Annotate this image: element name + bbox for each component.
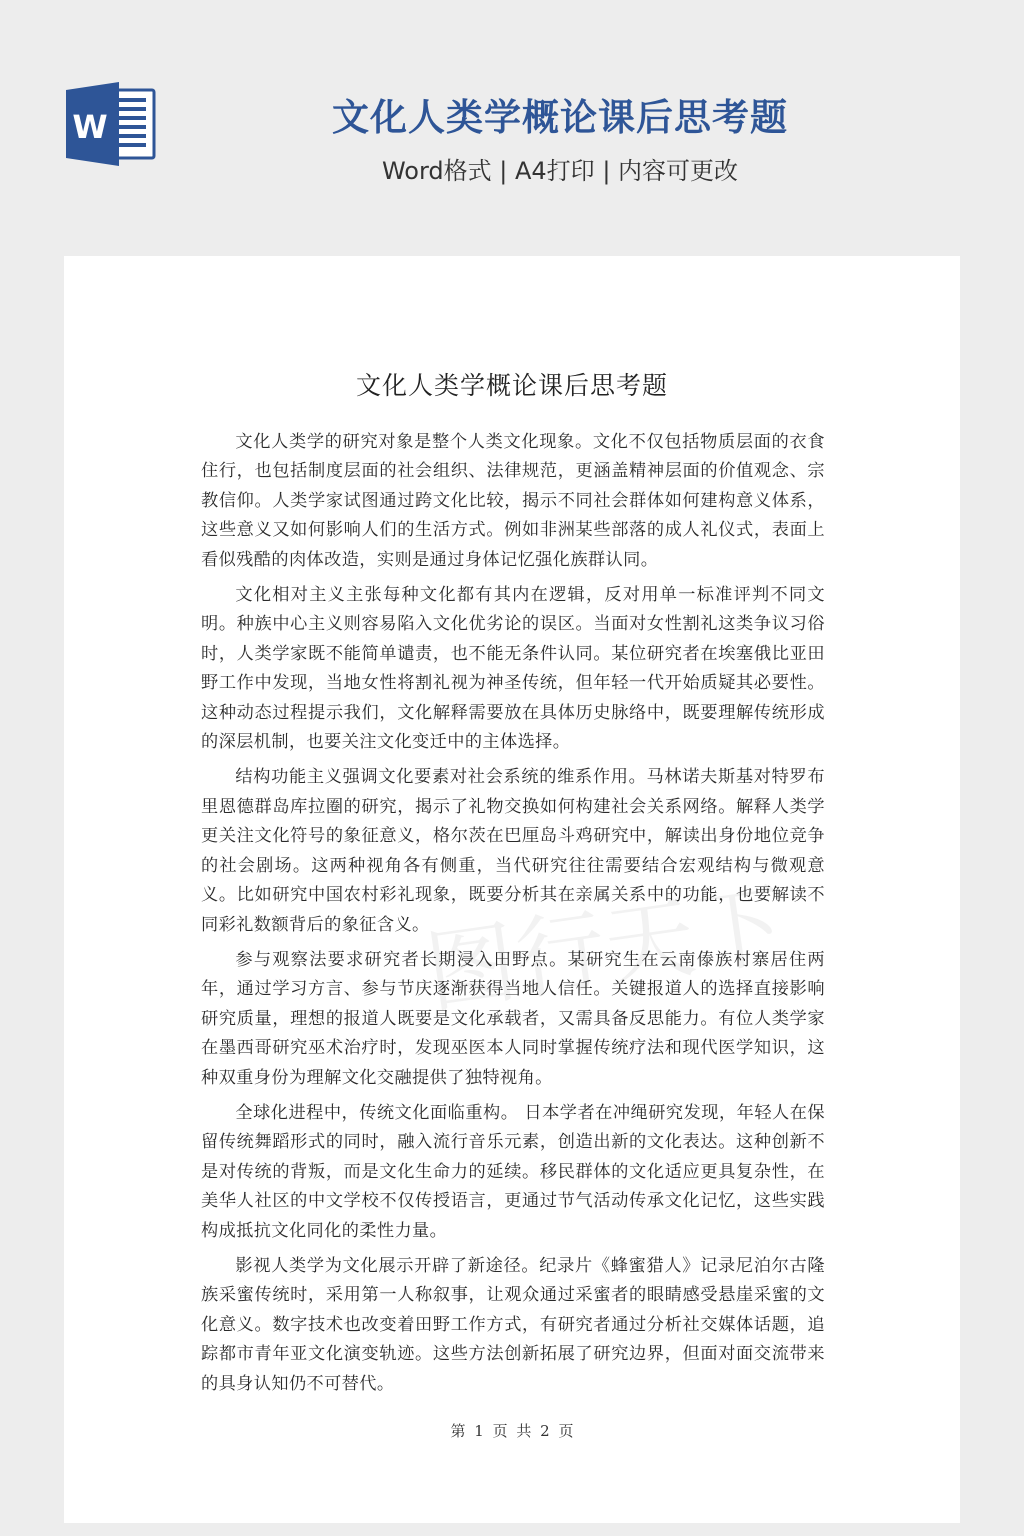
banner-header: W 文化人类学概论课后思考题 Word格式 | A4打印 | 内容可更改 bbox=[0, 0, 1024, 256]
svg-text:W: W bbox=[72, 108, 107, 146]
document-title: 文化人类学概论课后思考题 bbox=[64, 368, 960, 404]
paragraph: 参与观察法要求研究者长期浸入田野点。某研究生在云南傣族村寨居住两年，通过学习方言… bbox=[201, 946, 825, 1093]
banner-subtitle: Word格式 | A4打印 | 内容可更改 bbox=[290, 152, 830, 190]
word-logo-icon: W bbox=[64, 80, 158, 166]
page-number-footer: 第 1 页 共 2 页 bbox=[64, 1420, 960, 1441]
paragraph: 影视人类学为文化展示开辟了新途径。纪录片《蜂蜜猎人》记录尼泊尔古隆族采蜜传统时，… bbox=[201, 1252, 825, 1399]
paragraph: 全球化进程中，传统文化面临重构。 日本学者在冲绳研究发现，年轻人在保留传统舞蹈形… bbox=[201, 1099, 825, 1246]
paragraph: 文化相对主义主张每种文化都有其内在逻辑，反对用单一标准评判不同文明。种族中心主义… bbox=[201, 581, 825, 757]
paragraph: 文化人类学的研究对象是整个人类文化现象。文化不仅包括物质层面的衣食住行，也包括制… bbox=[201, 428, 825, 575]
paragraph: 结构功能主义强调文化要素对社会系统的维系作用。马林诺夫斯基对特罗布里恩德群岛库拉… bbox=[201, 763, 825, 939]
document-page: 图行天下 文化人类学概论课后思考题 文化人类学的研究对象是整个人类文化现象。文化… bbox=[64, 256, 960, 1523]
banner-title: 文化人类学概论课后思考题 bbox=[290, 92, 830, 144]
document-body: 文化人类学的研究对象是整个人类文化现象。文化不仅包括物质层面的衣食住行，也包括制… bbox=[201, 428, 825, 1405]
